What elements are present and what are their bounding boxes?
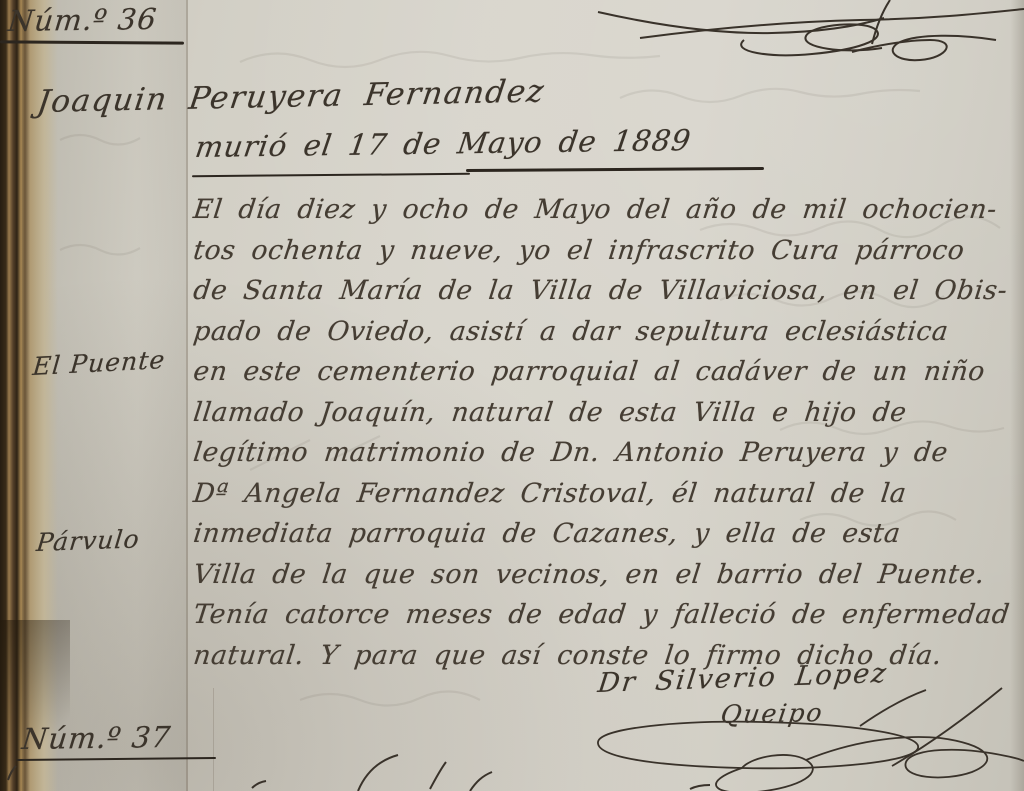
signature-block: Dr Silverio Lopez Queipo [600, 668, 888, 730]
record-number-bottom: Núm.º 37 [20, 720, 172, 756]
crease-line [213, 688, 214, 791]
record-body-text: El día diez y ocho de Mayo del año de mi… [196, 190, 1018, 676]
death-date-underline-2 [466, 167, 764, 172]
margin-rule-line [186, 0, 188, 791]
death-date-underline [192, 173, 470, 177]
body-line: llamado Joaquín, natural de esta Villa e… [191, 393, 1018, 434]
body-line: Tenía catorce meses de edad y falleció d… [191, 595, 1018, 636]
margin-note-status: Párvulo [35, 524, 141, 557]
body-line: de Santa María de la Villa de Villavicio… [191, 271, 1018, 312]
body-line: Villa de la que son vecinos, en el barri… [191, 555, 1018, 596]
body-line: legítimo matrimonio de Dn. Antonio Peruy… [191, 433, 1018, 474]
body-line: Dª Angela Fernandez Cristoval, él natura… [191, 474, 1018, 515]
parish-register-page: Núm.º 36 Joaquin Peruyera Fernandez muri… [0, 0, 1024, 791]
body-line: El día diez y ocho de Mayo del año de mi… [191, 190, 1018, 231]
body-line: en este cementerio parroquial al cadáver… [191, 352, 1018, 393]
record-number-top: Núm.º 36 [6, 2, 158, 38]
signature-surname: Queipo [656, 697, 889, 730]
death-date-line: murió el 17 de Mayo de 1889 [193, 123, 693, 164]
body-line: tos ochenta y nueve, yo el infrascrito C… [191, 231, 1018, 272]
body-line: inmediata parroquia de Cazanes, y ella d… [191, 514, 1018, 555]
body-line: pado de Oviedo, asistí a dar sepultura e… [191, 312, 1018, 353]
